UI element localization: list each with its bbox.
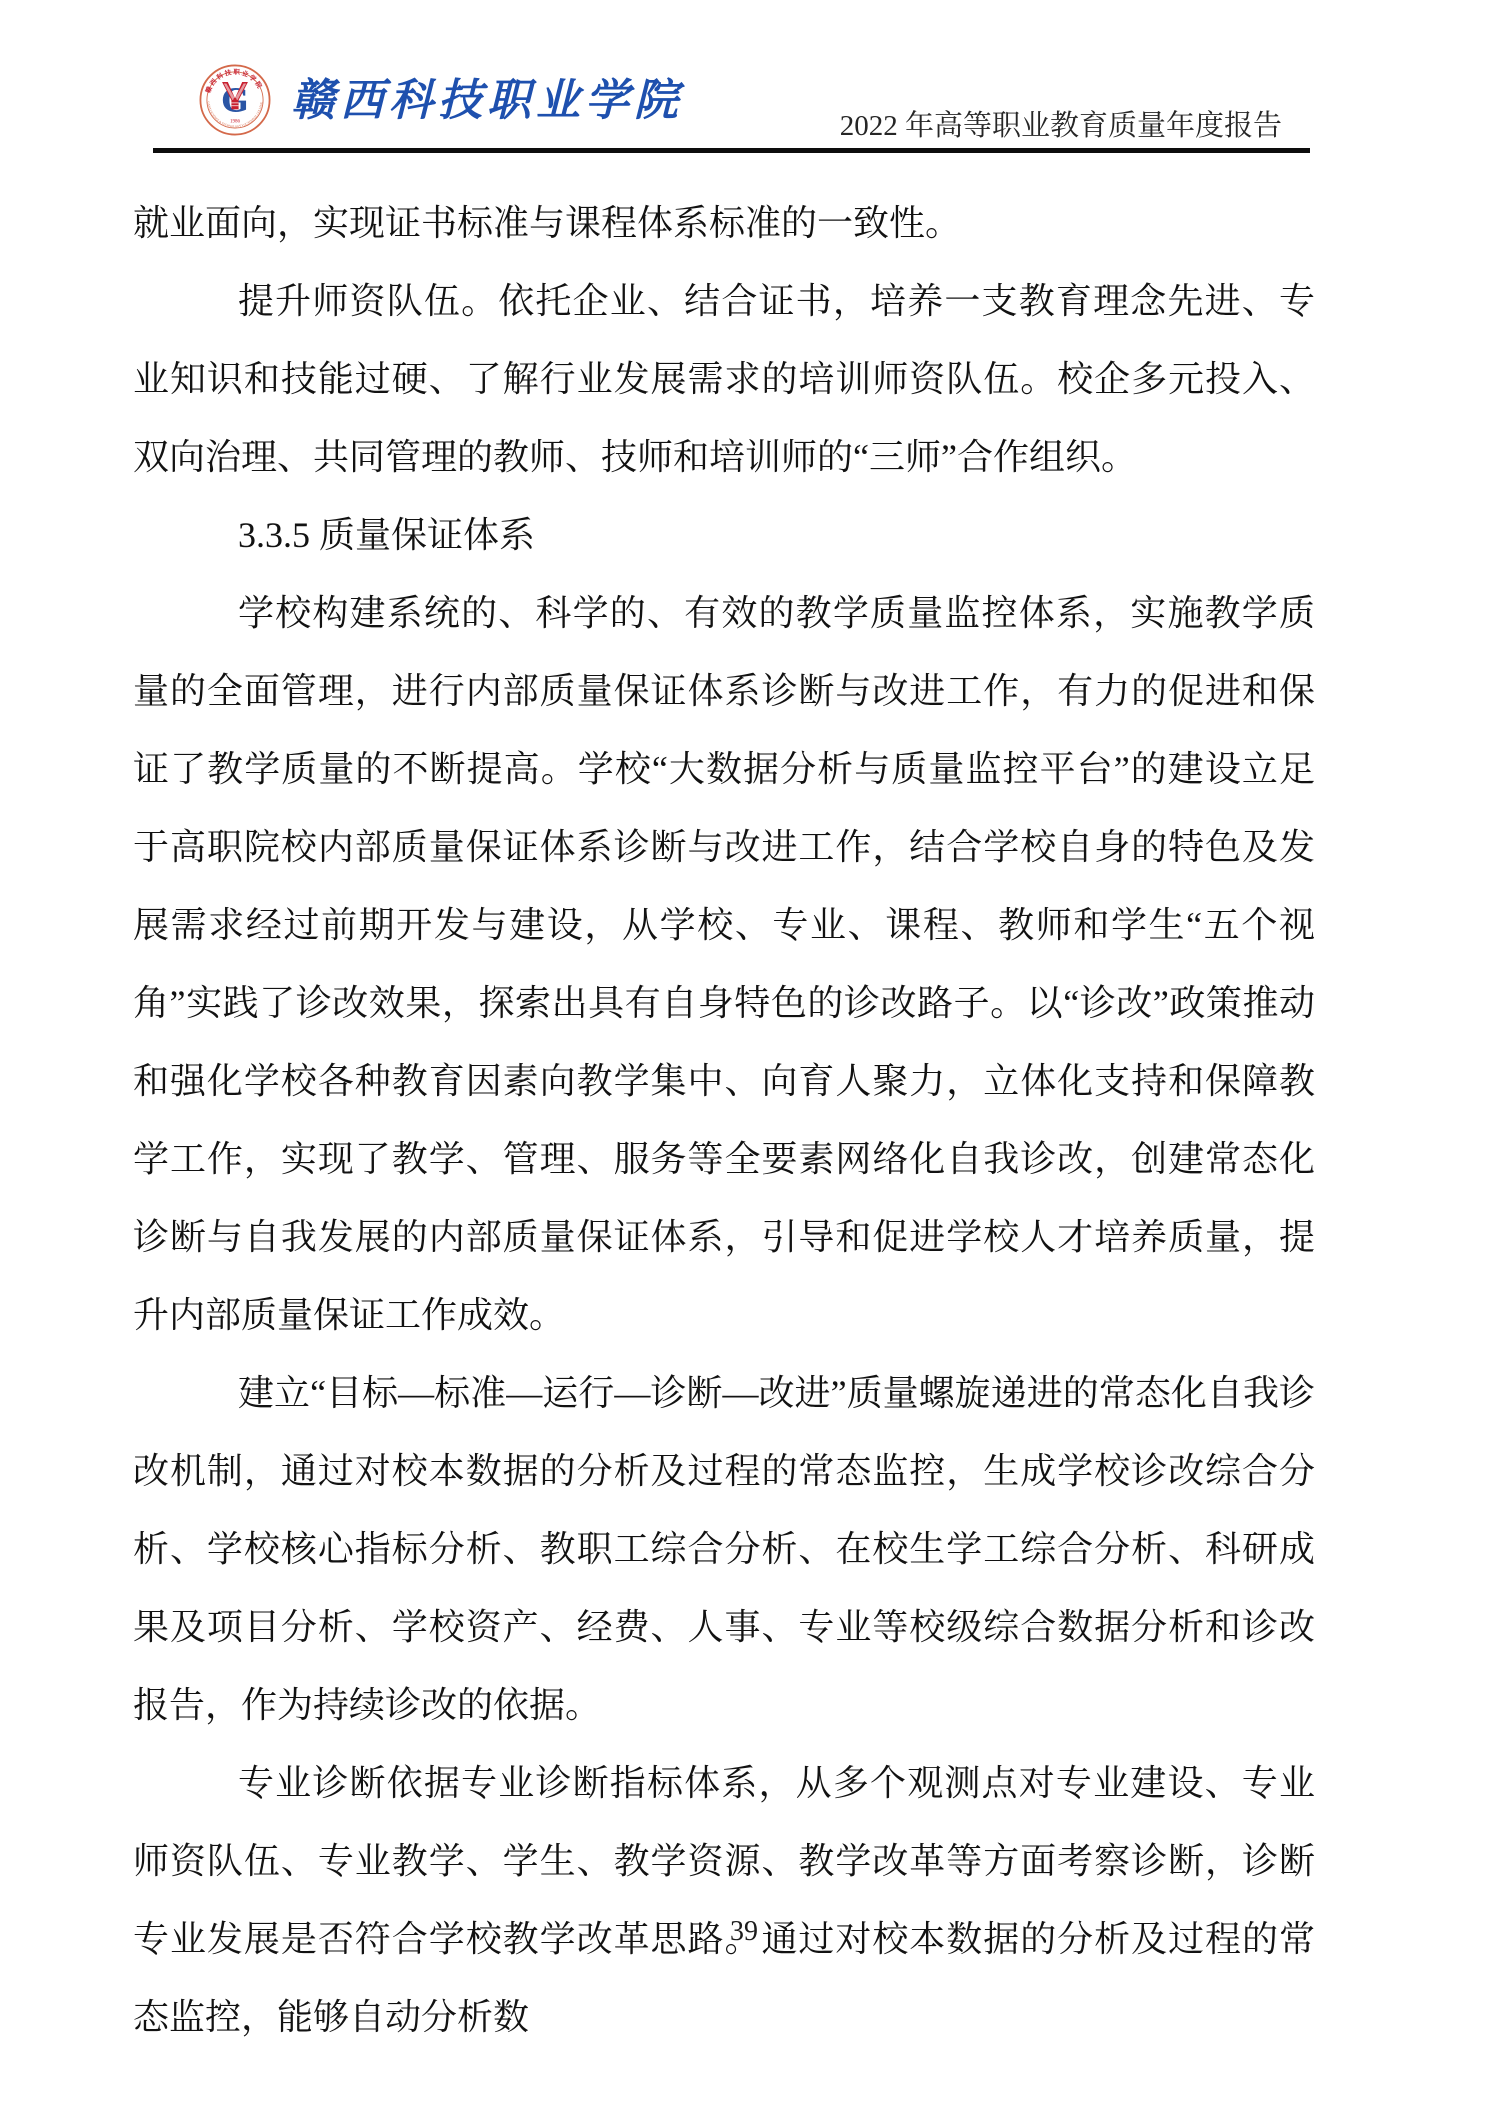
paragraph: 专业诊断依据专业诊断指标体系，从多个观测点对专业建设、专业师资队伍、专业教学、学… (133, 1744, 1315, 2056)
paragraph: 就业面向，实现证书标准与课程体系标准的一致性。 (133, 184, 1315, 262)
college-name: 赣西科技职业学院 (291, 64, 683, 128)
paragraph: 学校构建系统的、科学的、有效的教学质量监控体系，实施教学质量的全面管理，进行内部… (133, 574, 1315, 1354)
page-header: 赣 西 科 技 职 业 学 院 GANXI SCIENCE & TECHNOLO… (153, 0, 1310, 153)
page-number: 39 (0, 1916, 1488, 1948)
college-seal-icon: 赣 西 科 技 职 业 学 院 GANXI SCIENCE & TECHNOLO… (199, 64, 271, 136)
document-page: 赣 西 科 技 职 业 学 院 GANXI SCIENCE & TECHNOLO… (0, 0, 1488, 2105)
svg-text:1986: 1986 (230, 118, 241, 124)
paragraph: 建立“目标—标准—运行—诊断—改进”质量螺旋递进的常态化自我诊改机制，通过对校本… (133, 1354, 1315, 1744)
section-heading: 3.3.5 质量保证体系 (133, 496, 1315, 574)
paragraph: 提升师资队伍。依托企业、结合证书，培养一支教育理念先进、专业知识和技能过硬、了解… (133, 262, 1315, 496)
body-text: 就业面向，实现证书标准与课程体系标准的一致性。提升师资队伍。依托企业、结合证书，… (133, 184, 1315, 2056)
report-title: 2022 年高等职业教育质量年度报告 (840, 103, 1282, 144)
